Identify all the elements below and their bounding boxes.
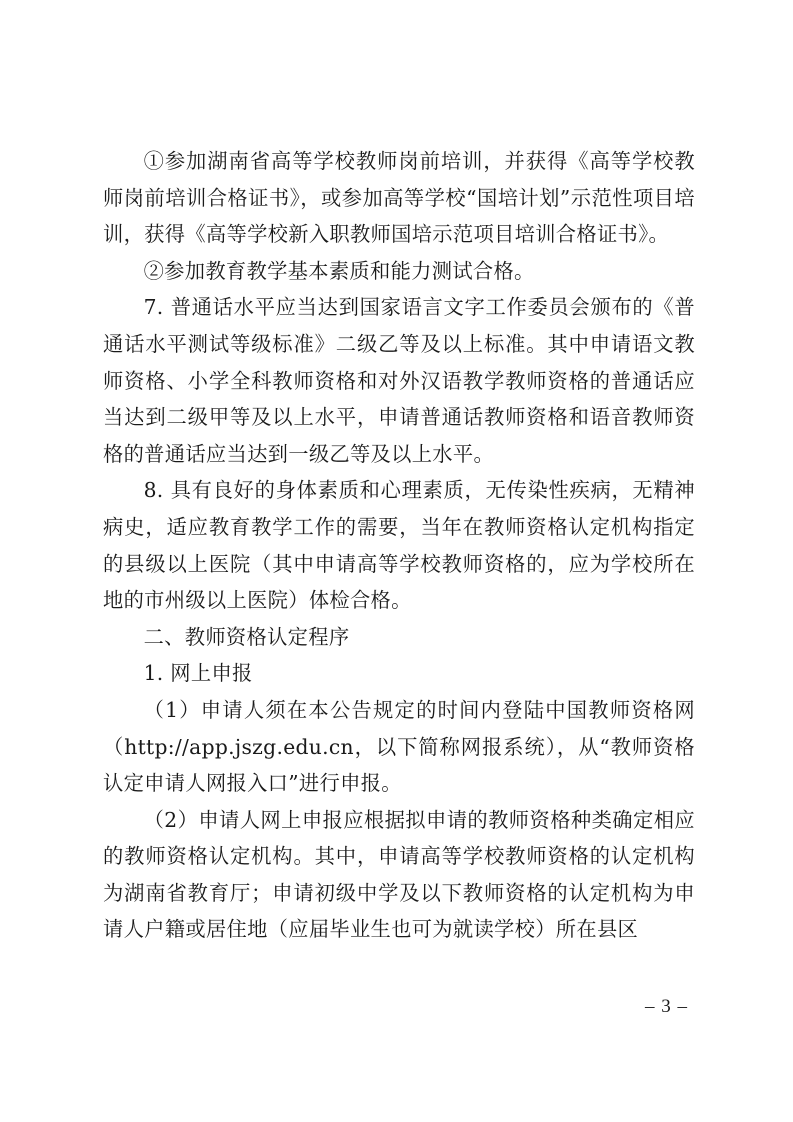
subheading-online-application: 1. 网上申报 [103,655,695,692]
paragraph-mandarin-level: 7. 普通话水平应当达到国家语言文字工作委员会颁布的《普通话水平测试等级标准》二… [103,289,695,472]
page-number: – 3 – [645,996,688,1018]
section-heading-procedure: 二、教师资格认定程序 [103,619,695,656]
paragraph-certifying-authority: （2）申请人网上申报应根据拟申请的教师资格种类确定相应的教师资格认定机构。其中，… [103,802,695,948]
paragraph-online-portal: （1）申请人须在本公告规定的时间内登陆中国教师资格网（http://app.js… [103,692,695,802]
paragraph-health-requirement: 8. 具有良好的身体素质和心理素质，无传染性疾病，无精神病史，适应教育教学工作的… [103,472,695,618]
document-page: ①参加湖南省高等学校教师岗前培训，并获得《高等学校教师岗前培训合格证书》，或参加… [0,0,793,1122]
paragraph-competency-test: ②参加教育教学基本素质和能力测试合格。 [103,253,695,290]
paragraph-training-certificate: ①参加湖南省高等学校教师岗前培训，并获得《高等学校教师岗前培训合格证书》，或参加… [103,143,695,253]
document-body: ①参加湖南省高等学校教师岗前培训，并获得《高等学校教师岗前培训合格证书》，或参加… [103,143,695,948]
